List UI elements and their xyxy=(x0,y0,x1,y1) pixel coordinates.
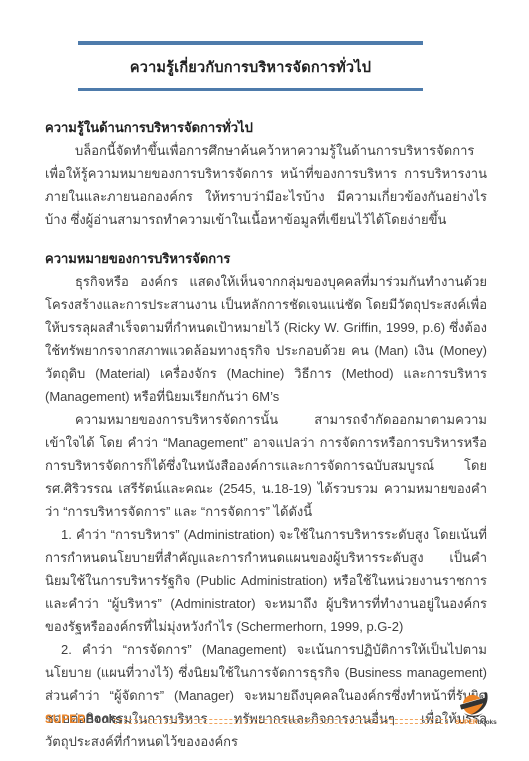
section-heading-meaning-of-management: ความหมายของการบริหารจัดการ xyxy=(45,247,487,270)
paragraph-item-administration: 1. คำว่า “การบริหาร” (Administration) จะ… xyxy=(45,523,487,638)
paragraph-management-definition: ความหมายของการบริหารจัดการนั้น สามารถจำก… xyxy=(45,408,487,523)
logo-text-books: books xyxy=(478,719,497,726)
superbooks-logo: SUPERbooks xyxy=(449,691,503,726)
superbooks-swoosh-icon xyxy=(459,691,493,720)
footer-dashed-divider xyxy=(114,719,448,724)
superbooks-logo-text: SUPERbooks xyxy=(449,719,503,726)
logo-text-super: SUPER xyxy=(455,719,477,726)
footer-brand-text: SUPERBooks xyxy=(45,714,122,726)
document-page: ความรู้เกี่ยวกับการบริหารจัดการทั่วไป คว… xyxy=(0,0,529,761)
title-banner: ความรู้เกี่ยวกับการบริหารจัดการทั่วไป xyxy=(78,41,423,91)
paragraph-business-resources: ธุรกิจหรือ องค์กร แสดงให้เห็นจากกลุ่มของ… xyxy=(45,270,487,408)
page-footer: SUPERBooks SUPERbooks xyxy=(0,688,529,748)
paragraph-intro: บล็อกนี้จัดทำขึ้นเพื่อการศึกษาค้นคว้าหาค… xyxy=(45,139,487,231)
footer-brand-super: SUPER xyxy=(45,714,86,726)
document-content: ความรู้ในด้านการบริหารจัดการทั่วไป บล็อก… xyxy=(45,116,487,753)
page-title: ความรู้เกี่ยวกับการบริหารจัดการทั่วไป xyxy=(78,45,423,88)
section-heading-general-knowledge: ความรู้ในด้านการบริหารจัดการทั่วไป xyxy=(45,116,487,139)
